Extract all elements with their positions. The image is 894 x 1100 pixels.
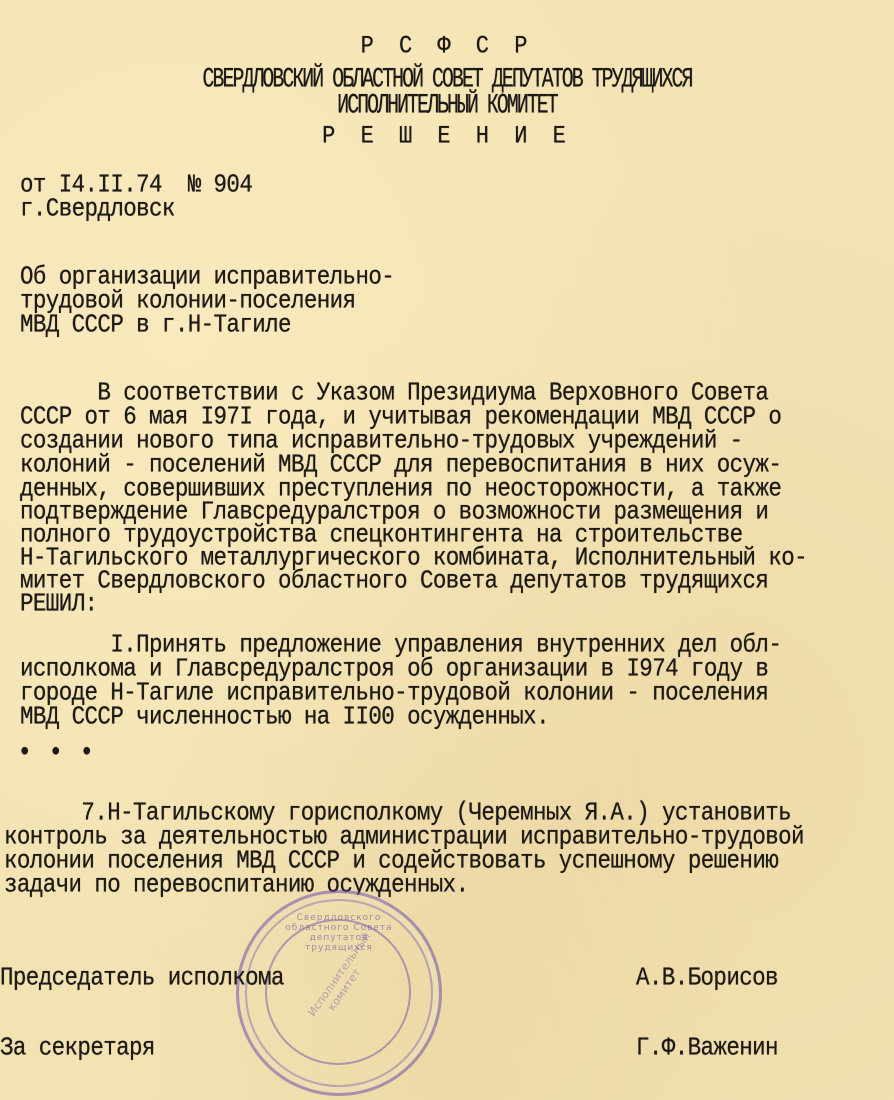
header-committee: ИСПОЛНИТЕЛЬНЫЙ КОМИТЕТ: [63, 92, 832, 120]
signature-name-secretary: Г.Ф.Важенин: [636, 1035, 778, 1061]
signature-name-chairman: А.В.Борисов: [636, 965, 778, 991]
header-republic: Р С Ф С Р: [0, 34, 894, 59]
document-page: Р С Ф С Р СВЕРДЛОВСКИЙ ОБЛАСТНОЙ СОВЕТ Д…: [0, 0, 894, 1100]
subject-line: МВД СССР в г.Н-Тагиле: [20, 312, 291, 338]
header-doc-type: Р Е Ш Е Н И Е: [0, 124, 894, 149]
preamble-line: митет Свердловского областного Совета де…: [20, 568, 768, 594]
item1-line: МВД СССР численностью на II00 осужденных…: [20, 704, 549, 730]
signature-role-chairman: Председатель исполкома: [0, 965, 284, 991]
preamble-resolved: РЕШИЛ:: [20, 591, 97, 617]
city: г.Свердловск: [20, 196, 175, 222]
official-seal-stamp: Свердловского областного Совета депутато…: [236, 890, 442, 1096]
signature-role-secretary: За секретаря: [0, 1035, 155, 1061]
item7-line: задачи по перевоспитанию осужденных.: [4, 872, 468, 898]
seal-ring-text: Свердловского областного Совета депутато…: [279, 913, 399, 953]
omission-ellipsis: • • •: [18, 740, 96, 766]
